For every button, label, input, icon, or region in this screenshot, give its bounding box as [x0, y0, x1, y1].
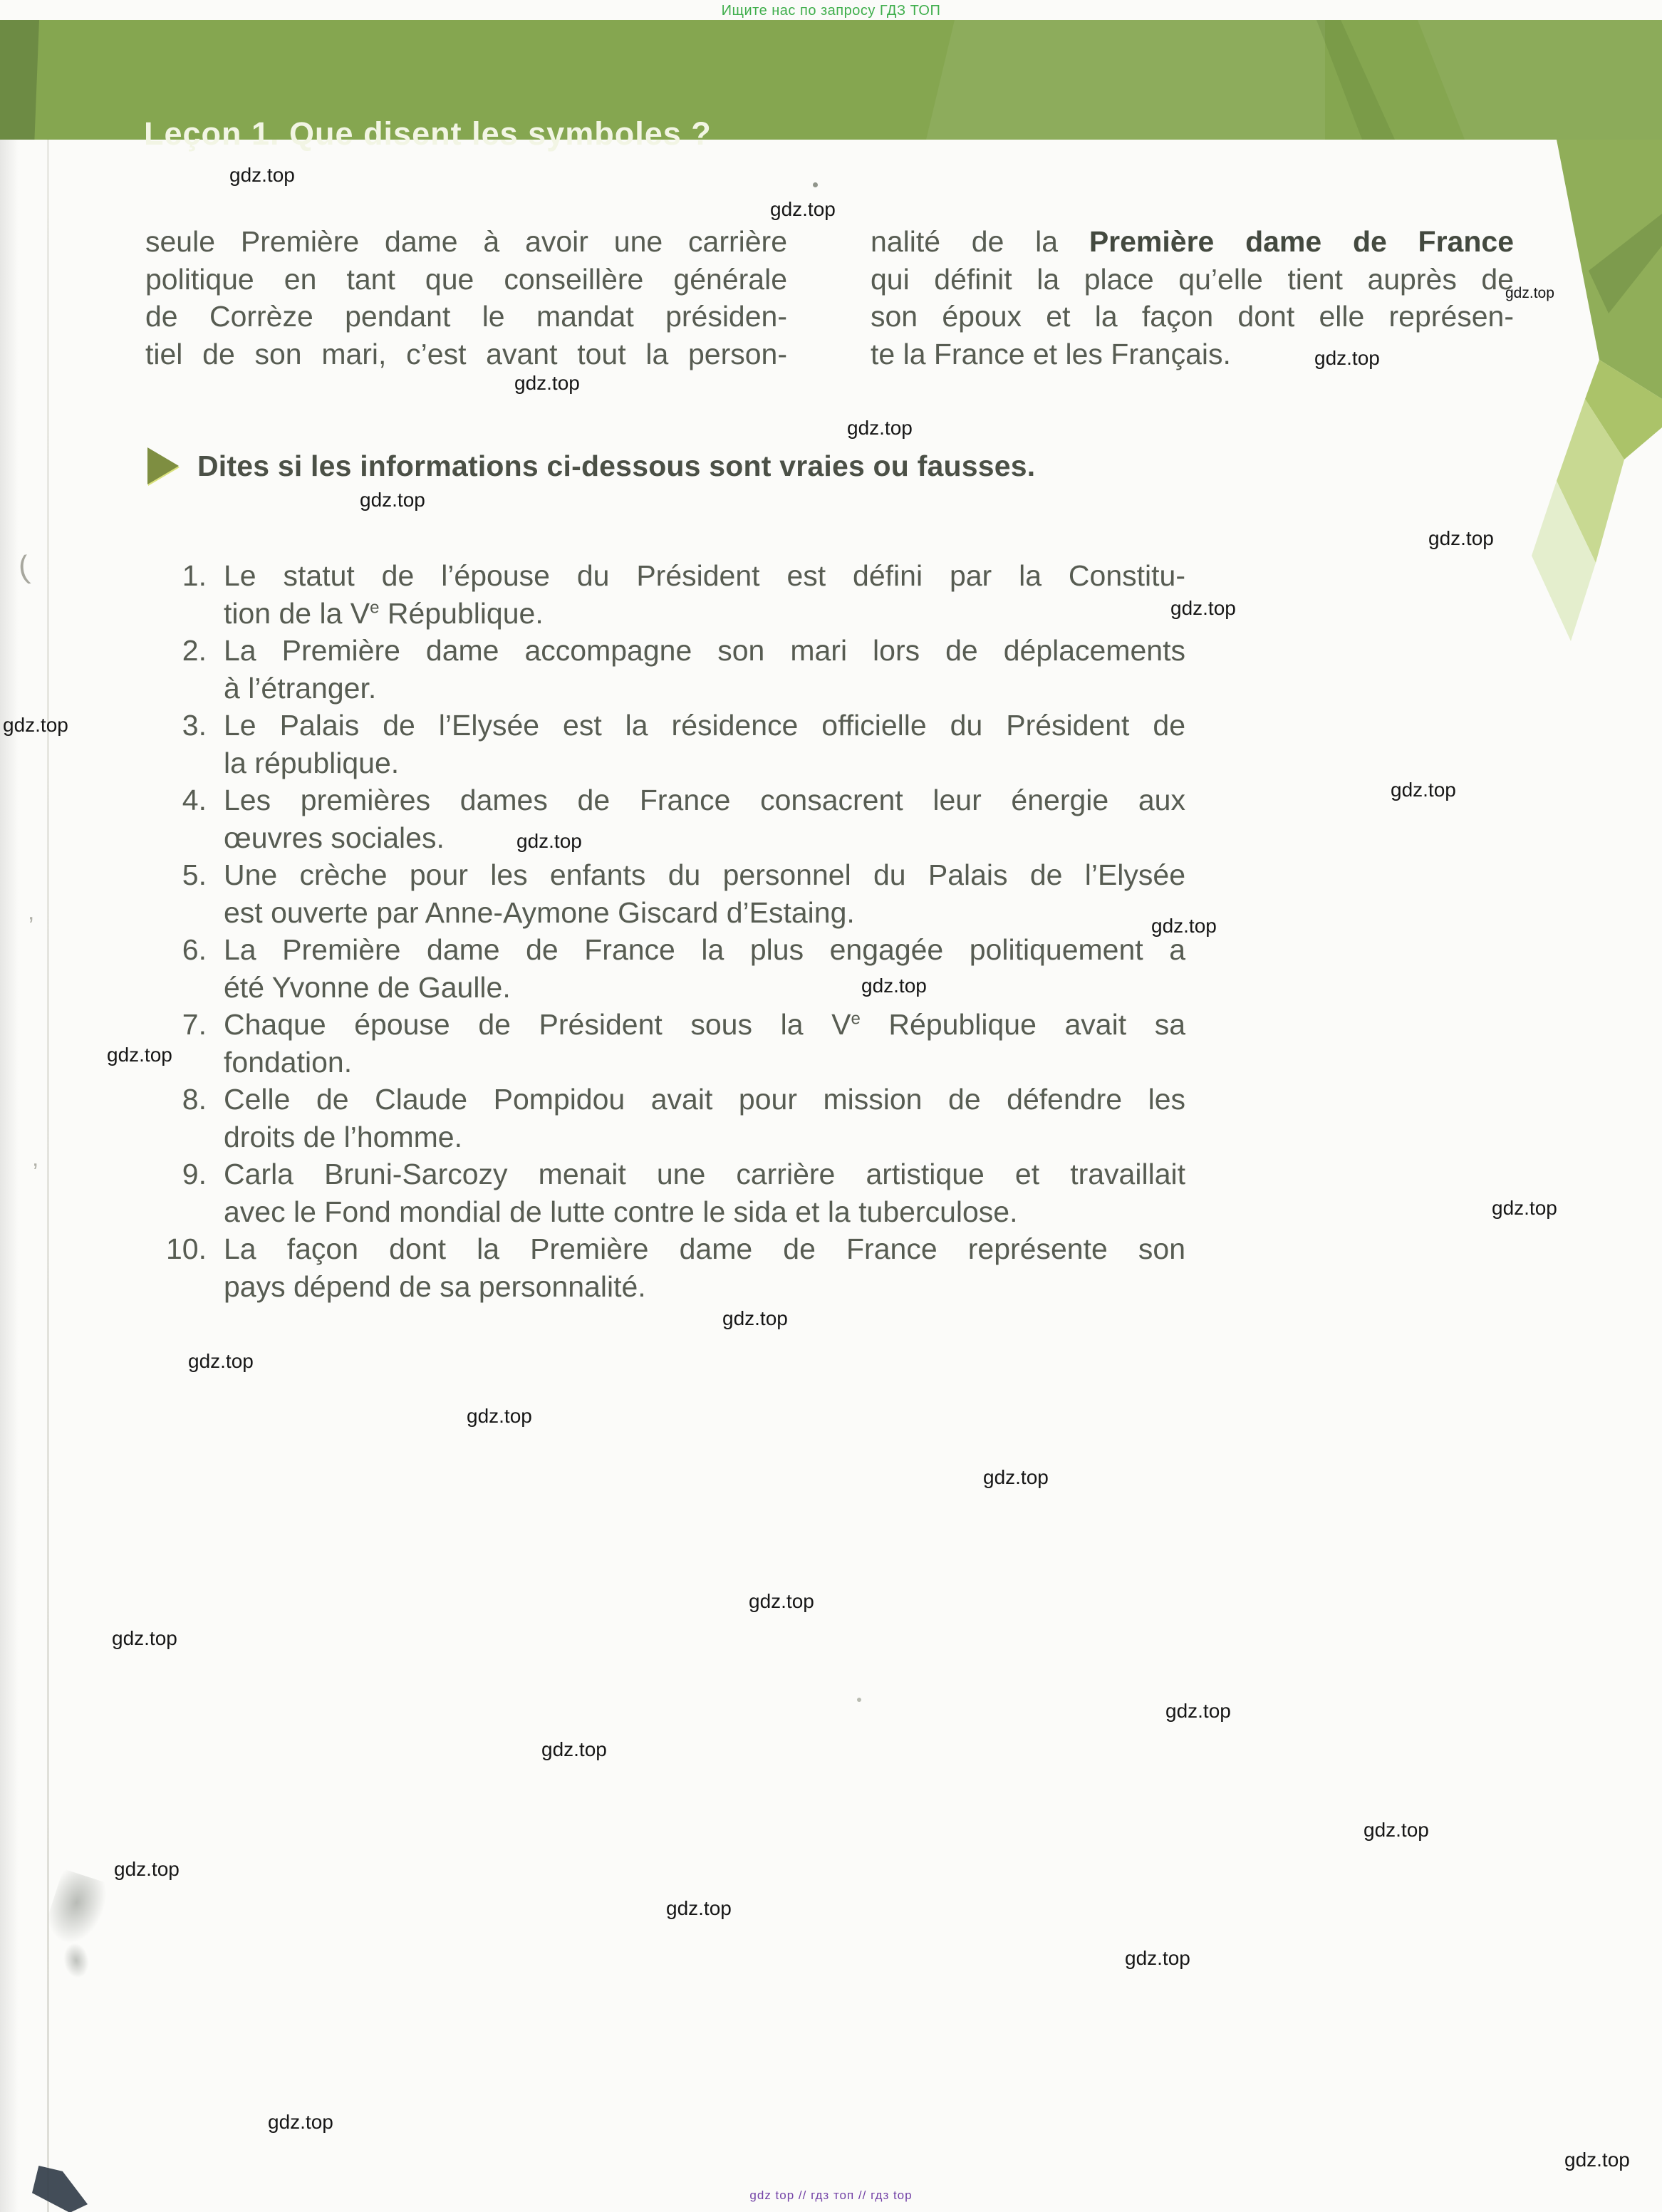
statement-line: Les premières dames de France consacrent… — [224, 782, 1185, 819]
intro-line: de Corrèze pendant le mandat présiden- — [145, 298, 787, 336]
band-light-polygon — [926, 20, 1325, 140]
statement-line: tion de la Ve République. — [224, 595, 1185, 633]
band-spine-shade — [0, 20, 39, 140]
gdz-watermark: gdz.top — [229, 164, 295, 187]
statement-number: 3. — [145, 707, 207, 744]
lesson-header-band: Leçon 1. Que disent les symboles ? — [0, 20, 1662, 140]
gdz-watermark: gdz.top — [541, 1738, 607, 1761]
statement-item-2: 2. La Première dame accompagne son mari … — [145, 632, 1193, 707]
statement-number: 10. — [145, 1230, 207, 1268]
statement-item-7: 7. Chaque épouse de Président sous la Ve… — [145, 1006, 1193, 1081]
statement-item-1: 1. Le statut de l’épouse du Président es… — [145, 557, 1193, 632]
intro-right-column: nalité de la Première dame de France qui… — [871, 223, 1514, 373]
gdz-watermark: gdz.top — [847, 417, 913, 440]
gdz-watermark: gdz.top — [666, 1897, 732, 1920]
gdz-watermark: gdz.top — [516, 830, 582, 853]
statement-line: œuvres sociales. — [224, 819, 1185, 857]
statement-number: 2. — [145, 632, 207, 670]
statement-line: Carla Bruni-Sarcozy menait une carrière … — [224, 1156, 1185, 1193]
statement-number: 4. — [145, 782, 207, 819]
intro-line: son époux et la façon dont elle représen… — [871, 298, 1514, 336]
gdz-watermark: gdz.top — [1314, 347, 1380, 370]
intro-line: qui définit la place qu’elle tient auprè… — [871, 261, 1514, 298]
statement-item-5: 5. Une crèche pour les enfants du person… — [145, 856, 1193, 931]
gdz-watermark: gdz.top — [861, 975, 927, 997]
gdz-watermark: gdz.top — [114, 1858, 180, 1881]
statement-number: 7. — [145, 1006, 207, 1044]
statement-item-4: 4. Les premières dames de France consacr… — [145, 782, 1193, 856]
band-dark-diagonal — [1316, 20, 1395, 140]
statement-item-8: 8. Celle de Claude Pompidou avait pour m… — [145, 1081, 1193, 1156]
statement-line: Le Palais de l’Elysée est la résidence o… — [224, 707, 1185, 744]
statement-line: fondation. — [224, 1044, 1185, 1081]
statements-list: 1. Le statut de l’épouse du Président es… — [145, 557, 1193, 1305]
band-light-polygon-right — [1395, 20, 1662, 140]
gdz-watermark: gdz.top — [983, 1466, 1049, 1489]
superscript-e: e — [370, 598, 379, 617]
gdz-watermark: gdz.top — [467, 1405, 532, 1428]
intro-line: seule Première dame à avoir une carrière — [145, 223, 787, 261]
gdz-watermark: gdz.top — [360, 489, 425, 512]
task-instruction-text: Dites si les informations ci-dessous son… — [197, 450, 1035, 483]
task-instruction-row: Dites si les informations ci-dessous son… — [147, 447, 1035, 484]
scan-speck — [813, 182, 818, 187]
gdz-watermark: gdz.top — [1492, 1197, 1557, 1220]
statement-line: La Première dame de France la plus engag… — [224, 931, 1185, 969]
gdz-watermark: gdz.top — [3, 714, 68, 737]
gdz-watermark: gdz.top — [1364, 1819, 1429, 1842]
statement-line: pays dépend de sa personnalité. — [224, 1268, 1185, 1306]
statement-item-6: 6. La Première dame de France la plus en… — [145, 931, 1193, 1006]
footer-site-note: gdz top // гдз топ // гдз top — [0, 2188, 1662, 2203]
statement-line: la république. — [224, 744, 1185, 782]
gdz-watermark: gdz.top — [1125, 1947, 1190, 1970]
statement-number: 8. — [145, 1081, 207, 1118]
gdz-watermark: gdz.top — [1151, 915, 1217, 938]
gdz-watermark: gdz.top — [268, 2111, 333, 2134]
gdz-watermark: gdz.top — [1428, 527, 1494, 550]
site-promo-note: Ищите нас по запросу ГДЗ ТОП — [0, 3, 1662, 19]
gdz-watermark: gdz.top — [514, 372, 580, 395]
statement-number: 5. — [145, 856, 207, 894]
statement-line: avec le Fond mondial de lutte contre le … — [224, 1193, 1185, 1231]
scanned-textbook-page: { "page": { "top_note": "Ищите нас по за… — [0, 0, 1662, 2212]
gdz-watermark: gdz.top — [112, 1627, 177, 1650]
page-edge-shadow — [0, 140, 19, 2212]
statement-line: Chaque épouse de Président sous la Ve Ré… — [224, 1006, 1185, 1044]
intro-line: nalité de la Première dame de France — [871, 223, 1514, 261]
statement-number: 9. — [145, 1156, 207, 1193]
statement-line: Le statut de l’épouse du Président est d… — [224, 557, 1185, 595]
statement-item-3: 3. Le Palais de l’Elysée est la résidenc… — [145, 707, 1193, 782]
page-crease-line — [47, 140, 49, 2212]
statement-line: Une crèche pour les enfants du personnel… — [224, 856, 1185, 894]
statement-number: 1. — [145, 557, 207, 595]
bold-phrase-premiere-dame: Première dame de France — [1089, 225, 1514, 258]
superscript-e: e — [851, 1009, 860, 1028]
gdz-watermark: gdz.top — [188, 1350, 254, 1373]
intro-line: tiel de son mari, c’est avant tout la pe… — [145, 336, 787, 373]
statement-line: La Première dame accompagne son mari lor… — [224, 632, 1185, 670]
statement-item-10: 10. La façon dont la Première dame de Fr… — [145, 1230, 1193, 1305]
gdz-watermark: gdz.top — [1564, 2149, 1630, 2171]
lesson-title: Leçon 1. Que disent les symboles ? — [144, 115, 712, 152]
intro-line: politique en tant que conseillère généra… — [145, 261, 787, 298]
scan-mark-tick: ʼ — [33, 1160, 38, 1188]
statement-line: La façon dont la Première dame de France… — [224, 1230, 1185, 1268]
triangle-bullet-icon — [147, 447, 179, 484]
intro-left-column: seule Première dame à avoir une carrière… — [145, 223, 787, 373]
statement-line: été Yvonne de Gaulle. — [224, 969, 1185, 1007]
gdz-watermark: gdz.top — [1391, 779, 1456, 801]
statement-line: à l’étranger. — [224, 670, 1185, 707]
statement-number: 6. — [145, 931, 207, 969]
gdz-watermark: gdz.top — [1170, 597, 1236, 620]
gdz-watermark: gdz.top — [770, 198, 836, 221]
statement-item-9: 9. Carla Bruni-Sarcozy menait une carriè… — [145, 1156, 1193, 1230]
gdz-watermark: gdz.top — [1505, 285, 1554, 302]
scan-speck — [857, 1698, 861, 1702]
intro-line: te la France et les Français. — [871, 336, 1514, 373]
gdz-watermark: gdz.top — [749, 1590, 814, 1613]
statement-line: est ouverte par Anne-Aymone Giscard d’Es… — [224, 894, 1185, 932]
statement-line: Celle de Claude Pompidou avait pour miss… — [224, 1081, 1185, 1118]
statement-line: droits de l’homme. — [224, 1118, 1185, 1156]
scan-smudge — [42, 1869, 113, 1951]
gdz-watermark: gdz.top — [1165, 1700, 1231, 1723]
gdz-watermark: gdz.top — [722, 1307, 788, 1330]
scan-mark-tick: ʼ — [28, 913, 34, 941]
gdz-watermark: gdz.top — [107, 1044, 172, 1066]
